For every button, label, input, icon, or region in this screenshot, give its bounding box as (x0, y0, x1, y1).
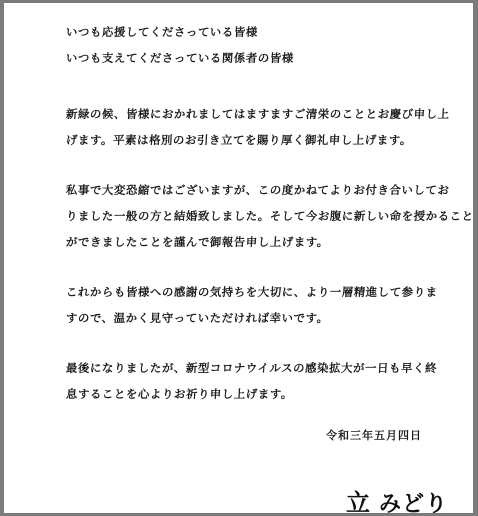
signature-surname: 立 (346, 488, 371, 516)
signature-given-name: みどり (379, 491, 448, 516)
greeting-line: いつも応援してくださっている皆様 (65, 19, 466, 45)
letter-body: いつも応援してくださっている皆様 いつも支えてくださっている関係者の皆様 新緑の… (66, 19, 466, 431)
paragraph-announcement: 私事で大変恐縮ではございますが、この度かねてよりお付き合いしてお りました一般の… (66, 177, 466, 255)
greeting-line: いつも支えてくださっている関係者の皆様 (65, 45, 466, 71)
paragraph-line: ができましたことを謹んで御報告申し上げます。 (65, 229, 466, 255)
paragraph-line: げます。平素は格別のお引き立てを賜り厚く御礼申し上げます。 (65, 127, 466, 153)
letter-frame: いつも応援してくださっている皆様 いつも支えてくださっている関係者の皆様 新緑の… (0, 0, 478, 516)
paragraph-line: りました一般の方と結婚致しました。そして今お腹に新しい命を授かること (65, 203, 466, 229)
paragraph-line: 新緑の候、皆様におかれましてはますますご清栄のこととお慶び申し上 (65, 101, 466, 127)
paragraph-seasonal-greeting: 新緑の候、皆様におかれましてはますますご清栄のこととお慶び申し上 げます。平素は… (66, 101, 466, 153)
letter-date: 令和三年五月四日 (326, 427, 422, 443)
paragraph-closing: 最後になりましたが、新型コロナウイルスの感染拡大が一日も早く終 息することを心よ… (66, 355, 466, 407)
greeting-block: いつも応援してくださっている皆様 いつも支えてくださっている関係者の皆様 (66, 19, 466, 71)
paragraph-gratitude: これからも皆様への感謝の気持ちを大切に、より一層精進して参りま すので、温かく見… (66, 279, 466, 331)
paragraph-line: これからも皆様への感謝の気持ちを大切に、より一層精進して参りま (65, 279, 466, 305)
paragraph-line: 息することを心よりお祈り申し上げます。 (65, 381, 466, 407)
paragraph-line: 私事で大変恐縮ではございますが、この度かねてよりお付き合いしてお (65, 177, 466, 203)
paragraph-line: 最後になりましたが、新型コロナウイルスの感染拡大が一日も早く終 (65, 355, 466, 381)
signature: 立みどり (346, 483, 448, 516)
paragraph-line: すので、温かく見守っていただければ幸いです。 (65, 305, 466, 331)
